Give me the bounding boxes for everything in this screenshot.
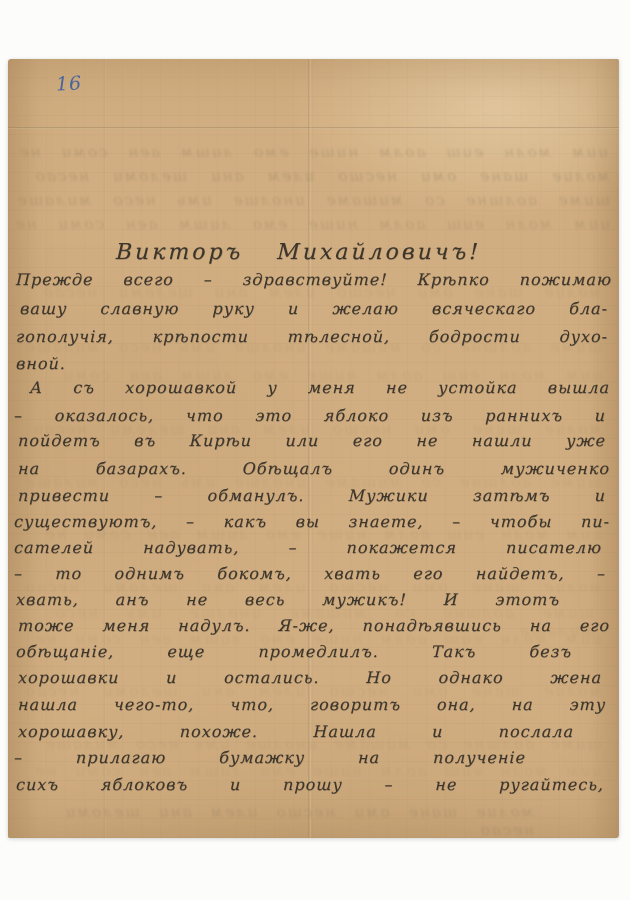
handwritten-line: – то однимъ бокомъ, хвать его найдетъ, – xyxy=(14,564,607,586)
handwritten-line: А съ хорошавкой у меня не устойка вышла xyxy=(30,378,611,400)
handwriting-layer: Викторъ Михайловичъ!Прежде всего – здрав… xyxy=(8,59,619,838)
handwritten-line: – прилагаю бумажку на полученіе xyxy=(14,748,527,770)
handwritten-line: обѣщаніе, еще промедлилъ. Такъ безъ xyxy=(16,642,573,664)
handwritten-line: хорошавки и остались. Но однако жена xyxy=(18,668,603,690)
handwritten-line: нашла чего-то, что, говоритъ она, на эту xyxy=(18,695,607,717)
handwritten-line: сихъ яблоковъ и прошу – не ругайтесь, xyxy=(16,775,605,797)
handwritten-line: тоже меня надулъ. Я-же, понадѣявшись на … xyxy=(18,616,611,638)
handwritten-line: хвать, анъ не весь мужикъ! И этотъ xyxy=(16,590,561,612)
handwritten-line: Прежде всего – здравствуйте! Крѣпко пожи… xyxy=(16,270,613,292)
handwritten-line: – оказалось, что это яблоко изъ раннихъ … xyxy=(14,406,607,428)
handwritten-line: на базарахъ. Обѣщалъ одинъ мужиченко xyxy=(18,459,611,481)
handwritten-line: существуютъ, – какъ вы знаете, – чтобы п… xyxy=(14,512,611,534)
letter-paper: 16 иим молн еиш аолм нише емо лишм аен с… xyxy=(8,59,619,838)
handwritten-line: вной. xyxy=(16,354,137,376)
scanned-letter-page: 16 иим молн еиш аолм нише емо лишм аен с… xyxy=(0,0,630,900)
handwritten-line: гополучія, крѣпости тѣлесной, бодрости д… xyxy=(16,327,609,349)
handwritten-line: вашу славную руку и желаю всяческаго бла… xyxy=(20,299,609,321)
salutation-line: Викторъ Михайловичъ! xyxy=(116,240,482,262)
handwritten-line: сателей надувать, – покажется писателю xyxy=(14,538,603,560)
handwritten-line: привести – обманулъ. Мужики затѣмъ и xyxy=(18,486,607,508)
handwritten-line: хорошавку, похоже. Нашла и послала xyxy=(18,722,575,744)
handwritten-line: пойдетъ въ Кирѣи или его не нашли уже xyxy=(18,431,607,453)
